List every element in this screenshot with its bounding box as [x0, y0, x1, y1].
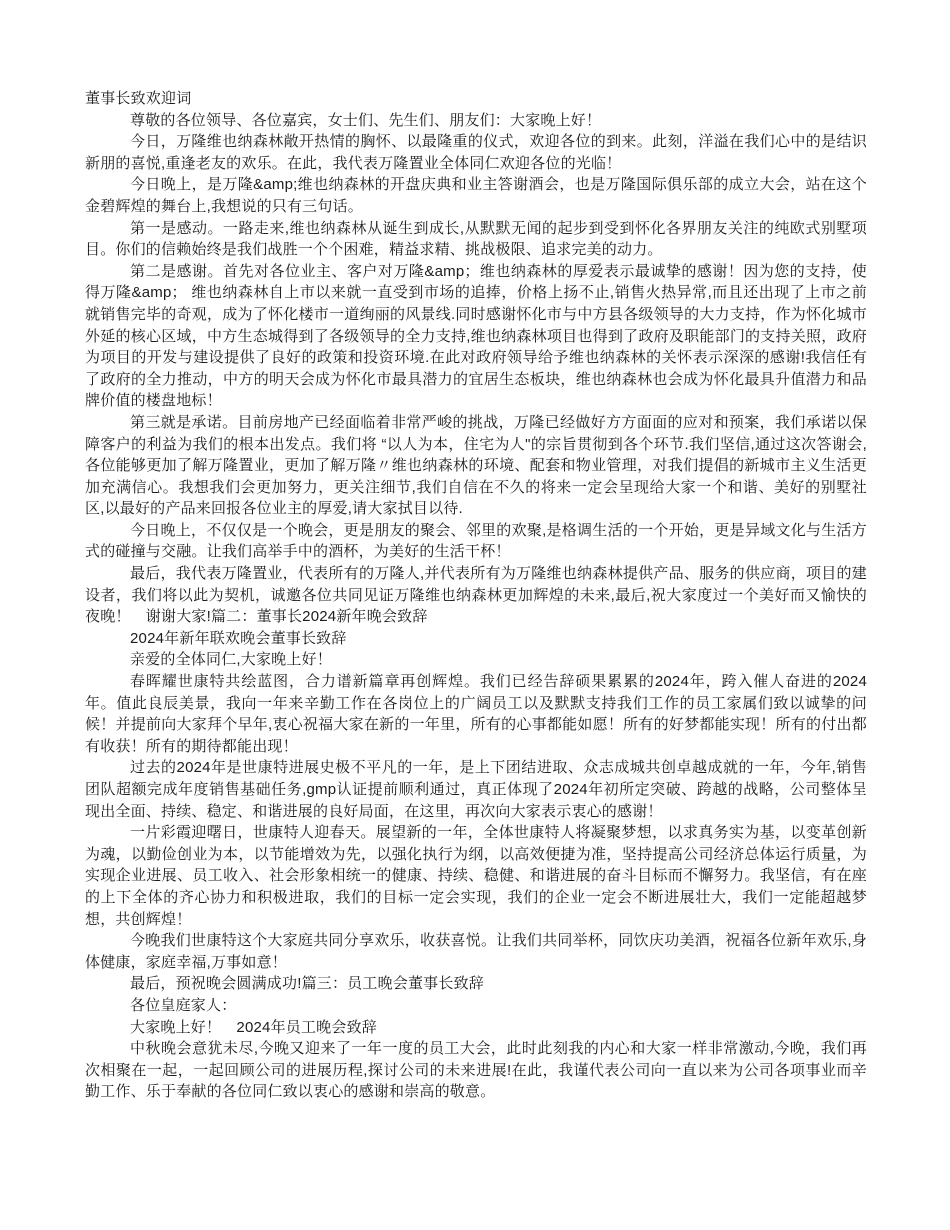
paragraph: 中秋晚会意犹未尽,今晚又迎来了一年一度的员工大会，此时此刻我的内心和大家一样非常…: [85, 1038, 867, 1103]
paragraph: 今晚我们世康特这个大家庭共同分享欢乐，收获喜悦。让我们共同举杯，同饮庆功美酒，祝…: [85, 930, 867, 973]
paragraph: 各位皇庭家人：: [85, 995, 867, 1017]
paragraph: 今日，万隆维也纳森林敞开热情的胸怀、以最隆重的仪式，欢迎各位的到来。此刻，洋溢在…: [85, 131, 867, 174]
paragraph: 今日晚上，是万隆&amp;维也纳森林的开盘庆典和业主答谢酒会，也是万隆国际俱乐部…: [85, 174, 867, 217]
paragraph: 尊敬的各位领导、各位嘉宾，女士们、先生们、朋友们：大家晚上好！: [85, 110, 867, 132]
paragraph: 第三就是承诺。目前房地产已经面临着非常严峻的挑战，万隆已经做好方方面面的应对和预…: [85, 412, 867, 520]
paragraph: 今日晚上，不仅仅是一个晚会，更是朋友的聚会、邻里的欢聚,是格调生活的一个开始，更…: [85, 520, 867, 563]
document-page: 董事长致欢迎词 尊敬的各位领导、各位嘉宾，女士们、先生们、朋友们：大家晚上好！ …: [85, 88, 867, 1103]
paragraph: 最后，我代表万隆置业，代表所有的万隆人,并代表所有为万隆维也纳森林提供产品、服务…: [85, 563, 867, 628]
paragraph: 第二是感谢。首先对各位业主、客户对万隆&amp；维也纳森林的厚爱表示最诚挚的感谢…: [85, 261, 867, 412]
paragraph: 第一是感动。一路走来,维也纳森林从诞生到成长,从默默无闻的起步到受到怀化各界朋友…: [85, 218, 867, 261]
paragraph: 最后，预祝晚会圆满成功!篇三：员工晚会董事长致辞: [85, 973, 867, 995]
paragraph: 过去的2024年是世康特进展史极不平凡的一年，是上下团结进取、众志成城共创卓越成…: [85, 757, 867, 822]
paragraph: 2024年新年联欢晚会董事长致辞: [85, 628, 867, 650]
paragraph: 一片彩霞迎曙日，世康特人迎春天。展望新的一年，全体世康特人将凝聚梦想，以求真务实…: [85, 822, 867, 930]
paragraph: 春晖耀世康特共绘蓝图，合力谱新篇章再创辉煌。我们已经告辞硕果累累的2024年，跨…: [85, 671, 867, 757]
paragraph: 大家晚上好！ 2024年员工晚会致辞: [85, 1017, 867, 1039]
document-title: 董事长致欢迎词: [85, 88, 867, 110]
paragraph: 亲爱的全体同仁,大家晚上好！: [85, 649, 867, 671]
